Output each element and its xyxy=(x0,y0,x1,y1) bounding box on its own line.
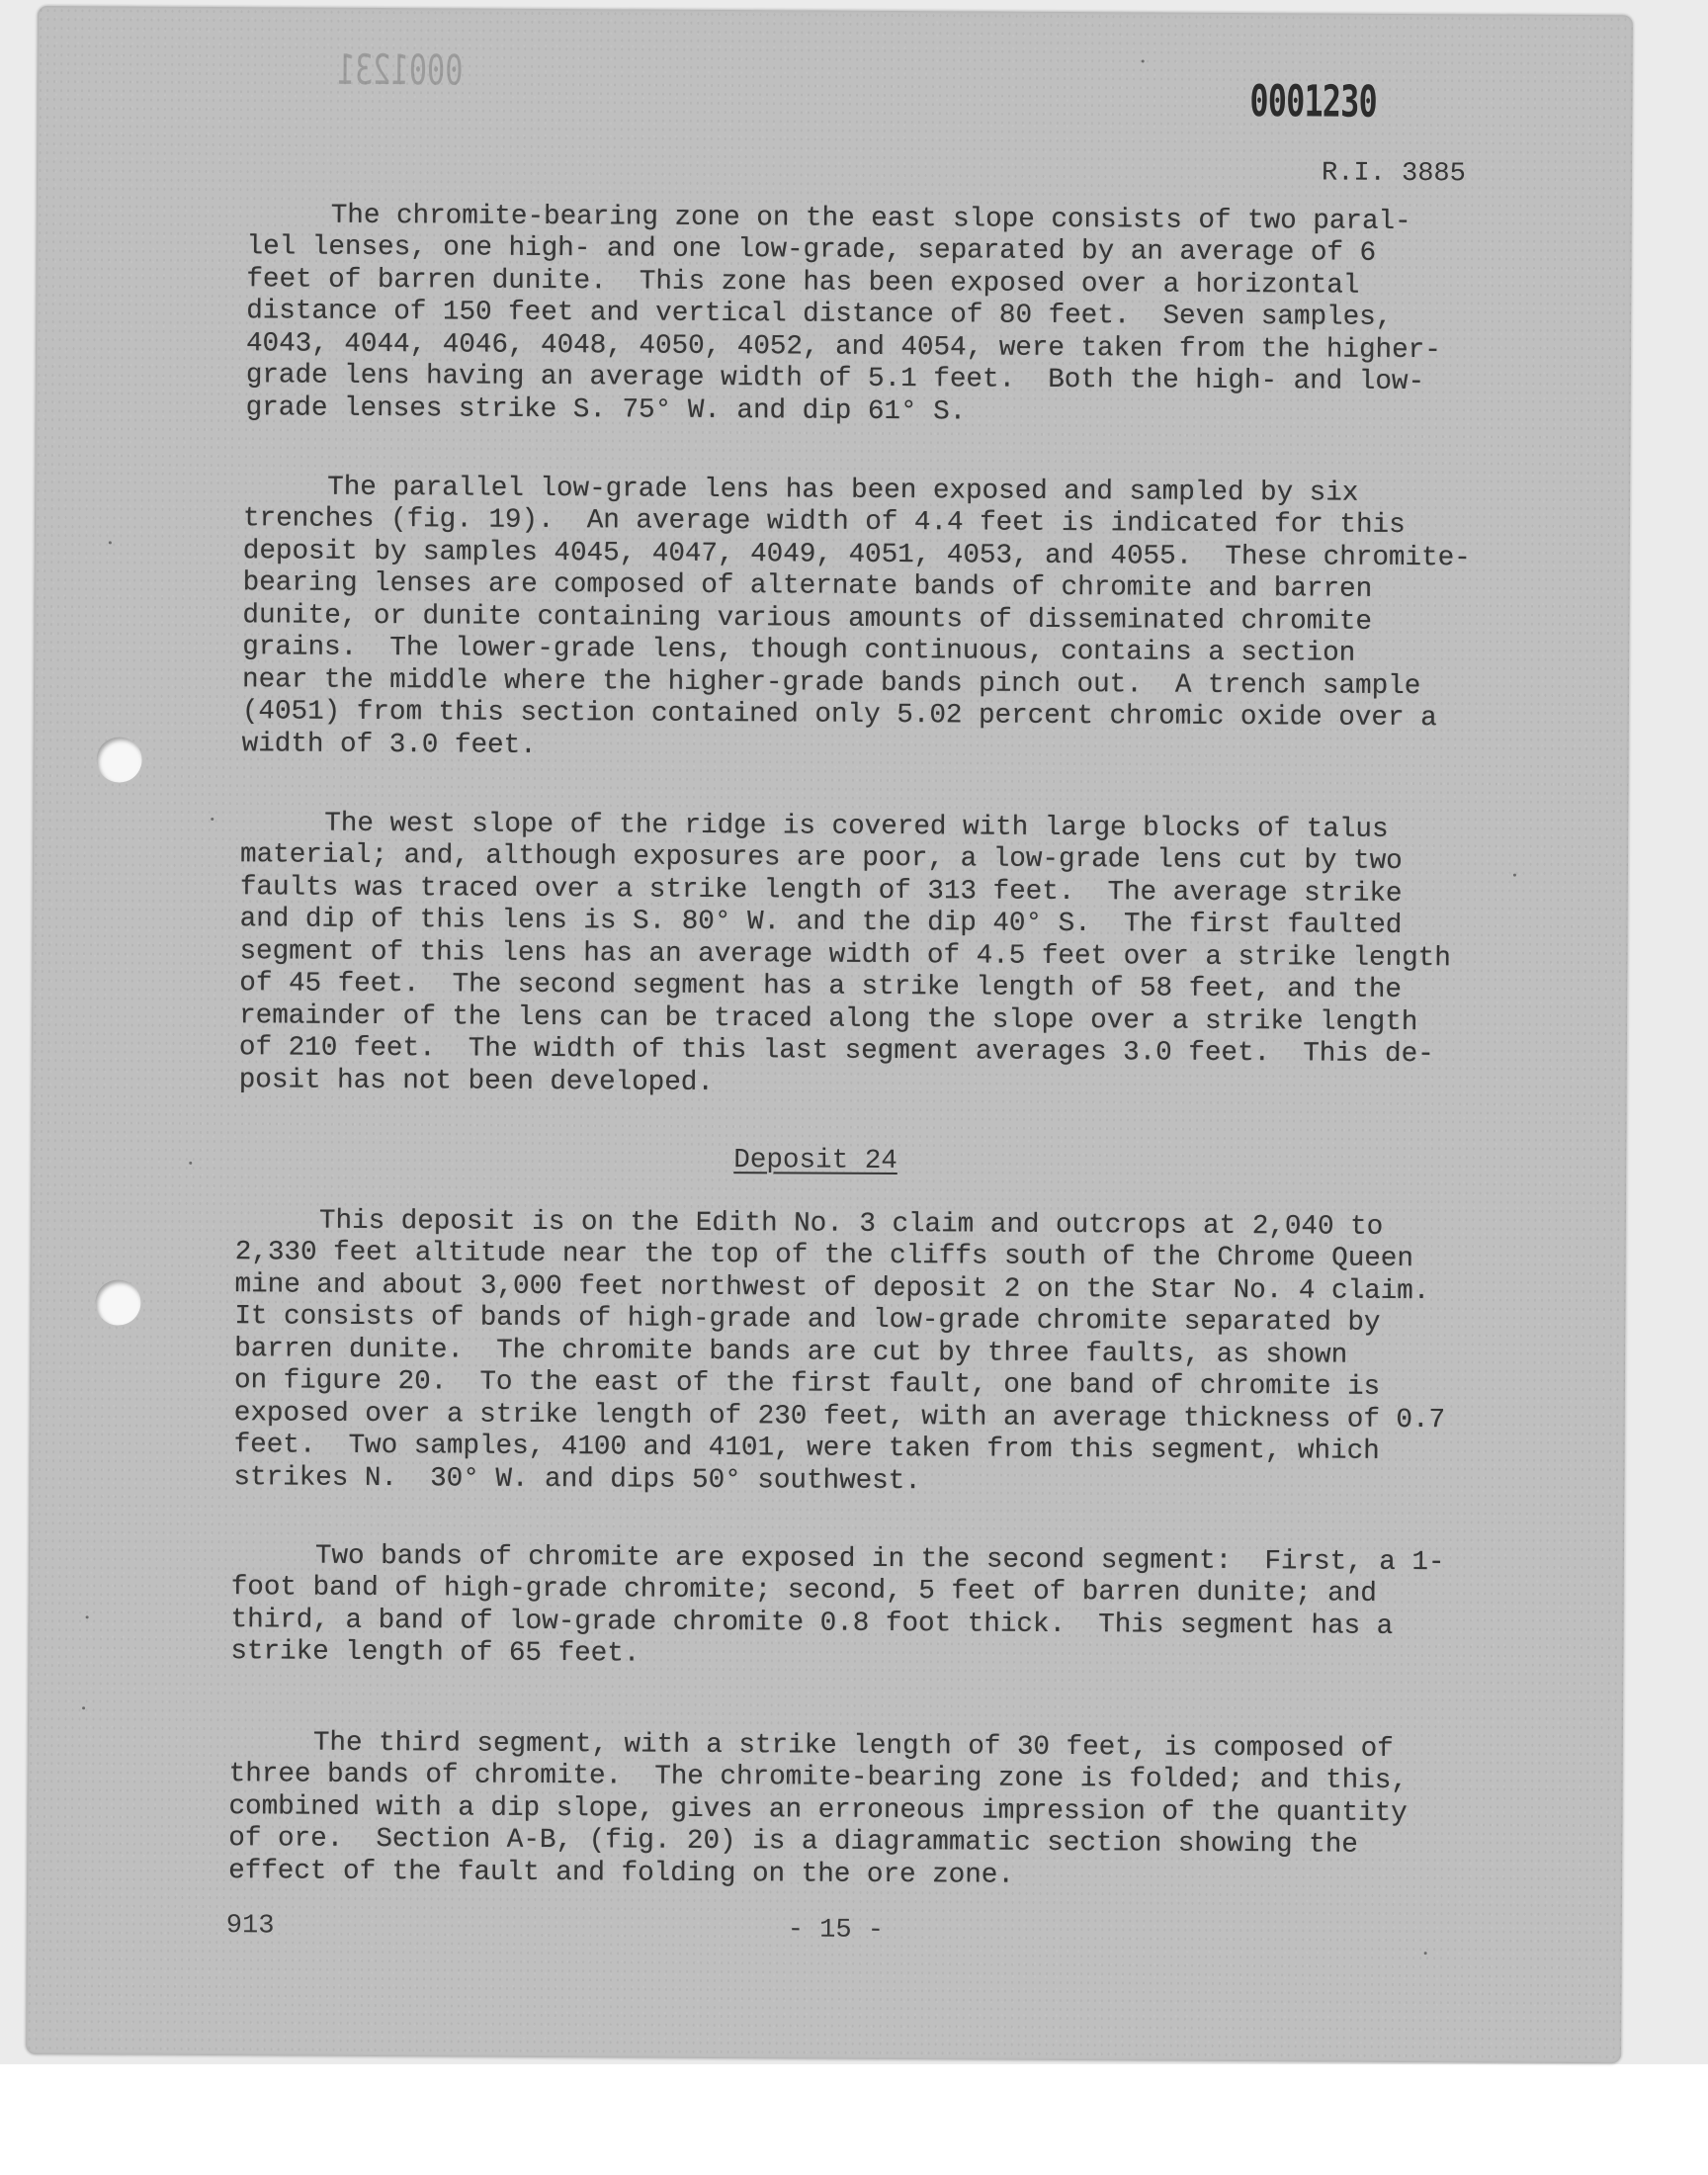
scan-speck xyxy=(82,1706,85,1709)
document-page: 0001231 0001230 R.I. 3885 The chromite-b… xyxy=(26,6,1633,2063)
scan-speck xyxy=(1513,874,1516,877)
text-line: material; and, although exposures are po… xyxy=(240,840,1403,877)
text-line: of ore. Section A-B, (fig. 20) is a diag… xyxy=(228,1824,1358,1861)
text-line: strikes N. 30° W. and dips 50° southwest… xyxy=(233,1463,921,1497)
document-stamp-number: 0001230 xyxy=(1249,76,1377,128)
scan-speck xyxy=(109,541,112,544)
text-line: This deposit is on the Edith No. 3 claim… xyxy=(319,1207,1383,1243)
page-number: - 15 - xyxy=(788,1915,884,1946)
scan-speck xyxy=(86,1615,89,1618)
text-line: The third segment, with a strike length … xyxy=(313,1729,1394,1765)
bleed-through-stamp: 0001231 xyxy=(122,43,293,93)
text-line: The west slope of the ridge is covered w… xyxy=(324,810,1388,845)
section-heading: Deposit 24 xyxy=(733,1146,897,1176)
text-line: effect of the fault and folding on the o… xyxy=(228,1857,1014,1891)
text-line: grade lens having an average width of 5.… xyxy=(246,361,1424,397)
text-line: on figure 20. To the east of the first f… xyxy=(234,1366,1380,1403)
text-line: bearing lenses are composed of alternate… xyxy=(243,568,1373,605)
text-line: of 45 feet. The second segment has a str… xyxy=(239,969,1402,1005)
text-line: 2,330 feet altitude near the top of the … xyxy=(235,1238,1413,1274)
text-line: The chromite-bearing zone on the east sl… xyxy=(331,202,1411,237)
text-line: trenches (fig. 19). An average width of … xyxy=(243,504,1406,541)
text-line: of 210 feet. The width of this last segm… xyxy=(239,1033,1434,1070)
text-line: (4051) from this section contained only … xyxy=(242,697,1437,734)
report-id: R.I. 3885 xyxy=(1322,158,1466,189)
scan-speck xyxy=(189,1162,192,1165)
text-line: strike length of 65 feet. xyxy=(230,1637,640,1669)
scan-speck xyxy=(1142,59,1145,62)
text-line: It consists of bands of high-grade and l… xyxy=(234,1302,1380,1339)
text-line: The parallel low-grade lens has been exp… xyxy=(327,474,1358,509)
punch-hole-lower xyxy=(95,1279,140,1325)
text-line: and dip of this lens is S. 80° W. and th… xyxy=(240,905,1403,941)
text-line: grains. The lower-grade lens, though con… xyxy=(242,633,1355,668)
text-line: lel lenses, one high- and one low-grade,… xyxy=(247,232,1377,269)
scan-speck xyxy=(211,818,213,821)
text-line: width of 3.0 feet. xyxy=(242,730,537,761)
text-line: grade lenses strike S. 75° W. and dip 61… xyxy=(246,393,967,427)
text-line: posit has not been developed. xyxy=(239,1066,714,1098)
scan-speck xyxy=(1424,1952,1427,1955)
text-line: three bands of chromite. The chromite-be… xyxy=(229,1760,1408,1796)
text-line: feet. Two samples, 4100 and 4101, were t… xyxy=(234,1431,1380,1467)
text-line: foot band of high-grade chromite; second… xyxy=(231,1573,1377,1609)
punch-hole-upper xyxy=(96,737,141,782)
text-line: distance of 150 feet and vertical distan… xyxy=(246,297,1392,333)
document-number: 913 xyxy=(226,1911,275,1941)
